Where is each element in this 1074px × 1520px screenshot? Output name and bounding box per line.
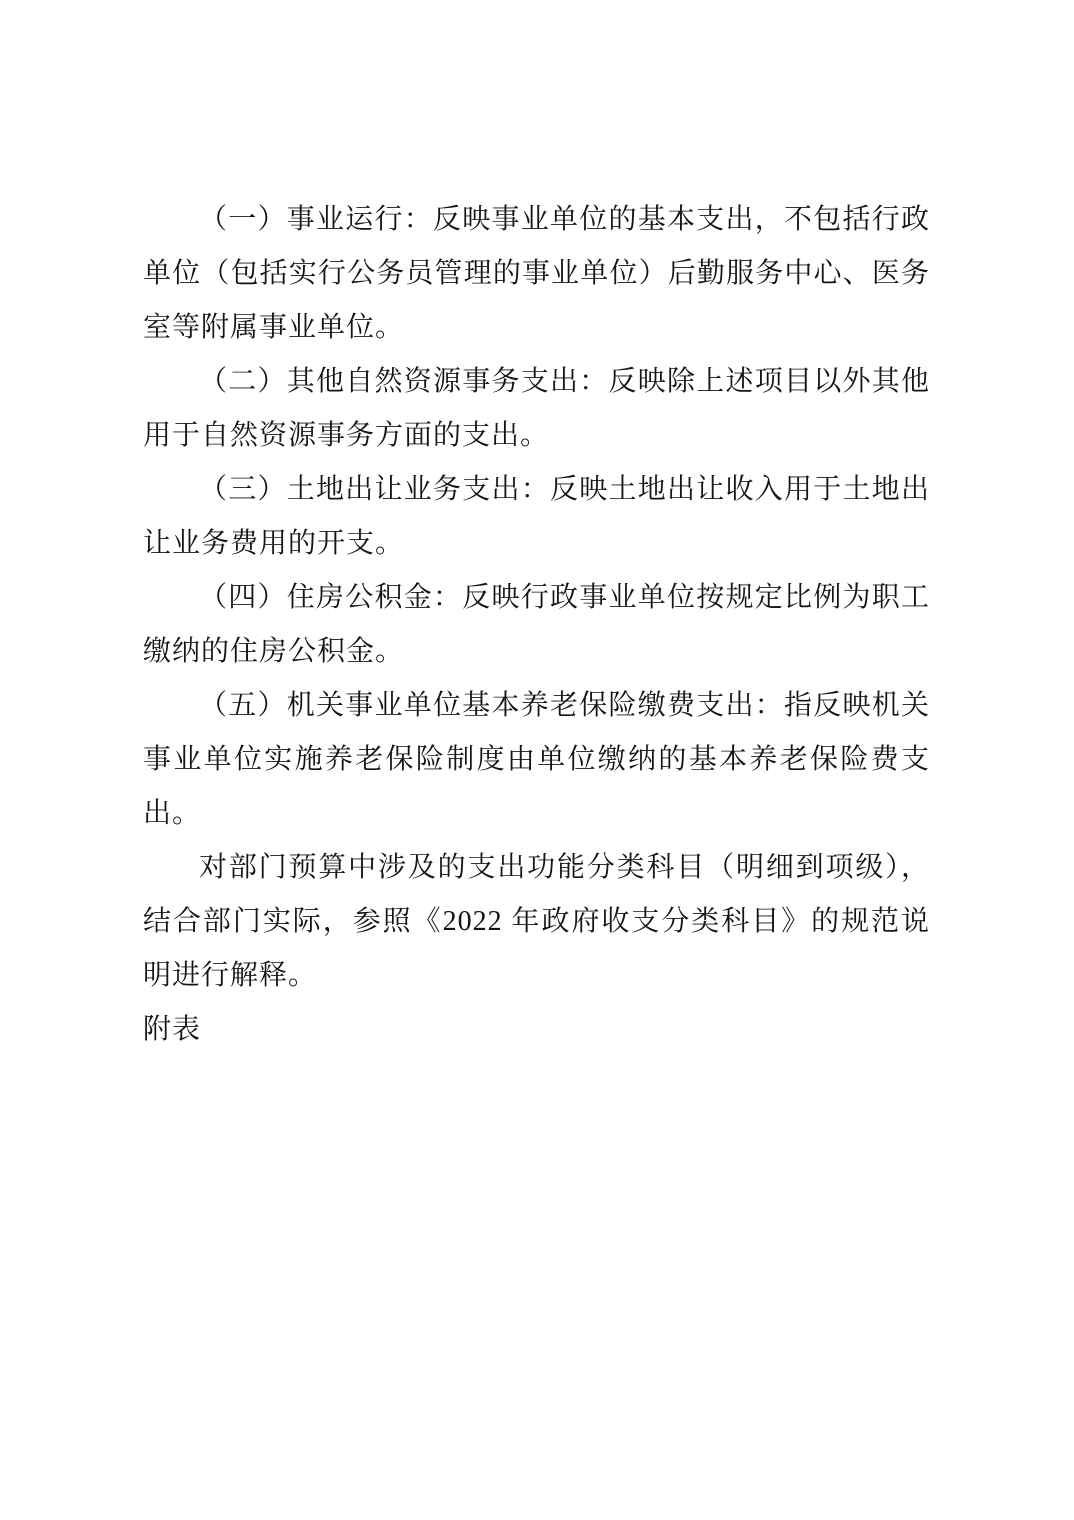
attachment-table-label: 附表 [143,1003,930,1057]
paragraph-item-5-yanglao-baoxian: （五）机关事业单位基本养老保险缴费支出：指反映机关事业单位实施养老保险制度由单位… [143,679,930,841]
paragraph-closing-note: 对部门预算中涉及的支出功能分类科目（明细到项级），结合部门实际，参照《2022 … [143,841,930,1003]
paragraph-item-2-qita-ziran-ziyuan: （二）其他自然资源事务支出：反映除上述项目以外其他用于自然资源事务方面的支出。 [143,355,930,463]
paragraph-item-3-tudi-churang: （三）土地出让业务支出：反映土地出让收入用于土地出让业务费用的开支。 [143,463,930,571]
paragraph-item-1-shiye-yunxing: （一）事业运行：反映事业单位的基本支出，不包括行政单位（包括实行公务员管理的事业… [143,193,930,355]
paragraph-item-4-zhufang-gongjijin: （四）住房公积金：反映行政事业单位按规定比例为职工缴纳的住房公积金。 [143,571,930,679]
text-block: （一）事业运行：反映事业单位的基本支出，不包括行政单位（包括实行公务员管理的事业… [143,193,930,1057]
document-page: （一）事业运行：反映事业单位的基本支出，不包括行政单位（包括实行公务员管理的事业… [0,0,1074,1520]
